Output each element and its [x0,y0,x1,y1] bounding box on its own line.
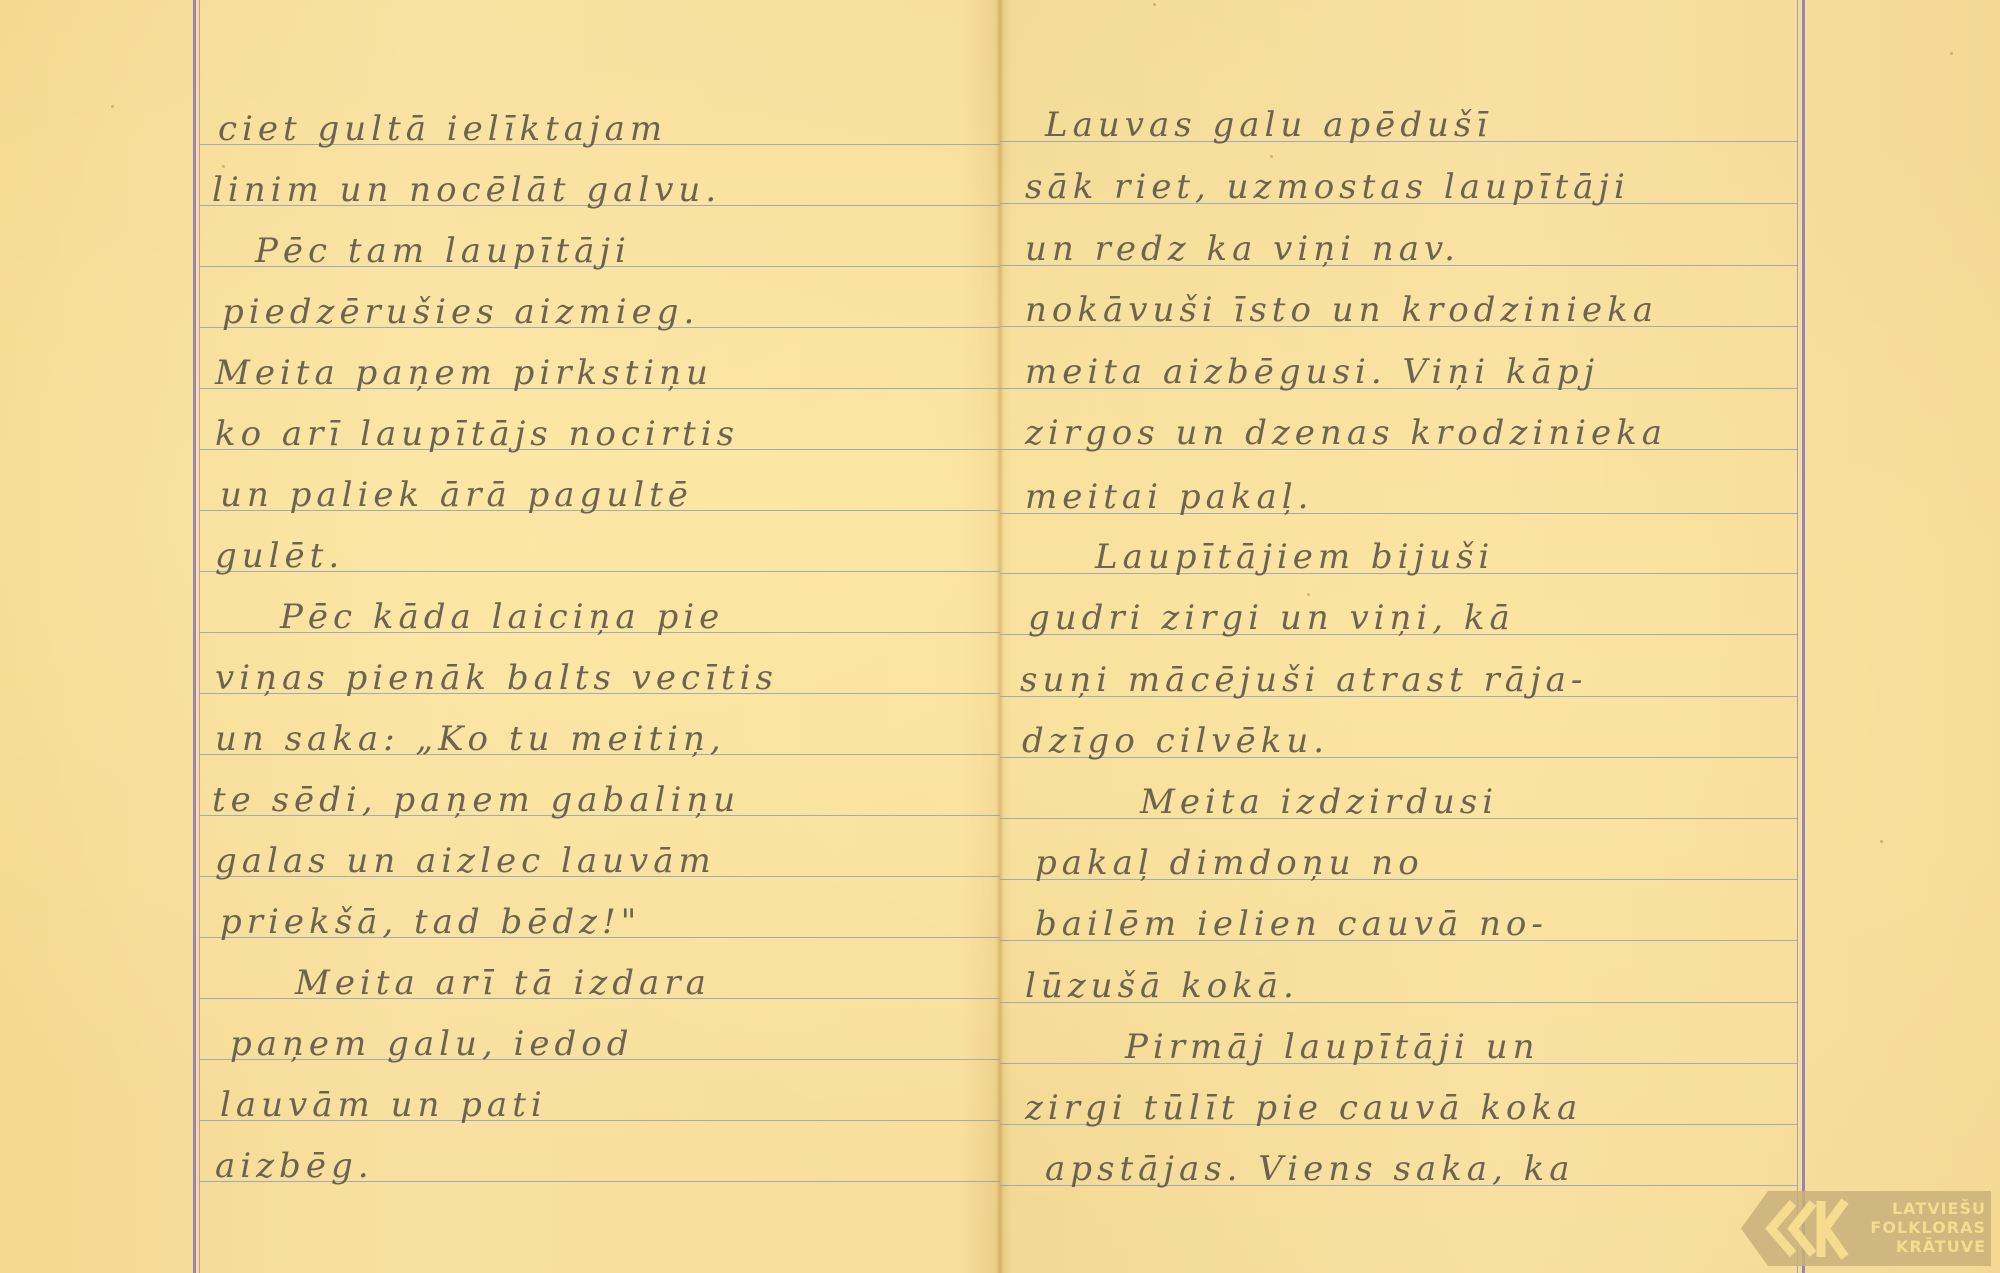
handwritten-line: meita aizbēgusi. Viņi kāpj [1025,355,1599,389]
right-margin-line-thin [1797,0,1798,1273]
logo-line: KRĀTUVE [1846,1237,1986,1256]
handwritten-line: un redz ka viņi nav. [1025,232,1460,266]
right-margin-line-thick [1802,0,1805,1273]
handwritten-line: te sēdi, paņem gabaliņu [212,783,740,817]
folklore-archive-logo: LATVIEŠU FOLKLORAS KRĀTUVE [1741,1191,1991,1266]
handwritten-line: Laupītājiem bijuši [1095,540,1494,574]
logo-line: LATVIEŠU [1846,1199,1986,1218]
handwritten-line: paņem galu, iedod [230,1027,634,1061]
handwritten-line: piedzērušies aizmieg. [222,295,699,329]
handwritten-line: Lauvas galu apēdušī [1045,108,1492,142]
handwritten-line: Pēc kāda laiciņa pie [280,600,724,634]
left-margin-line-thin [199,0,200,1273]
logo-line: FOLKLORAS [1846,1218,1986,1237]
handwritten-line: apstājas. Viens saka, ka [1045,1152,1574,1186]
handwritten-line: Meita paņem pirkstiņu [215,356,713,390]
handwritten-line: suņi mācējuši atrast rāja- [1020,663,1587,697]
handwritten-line: Meita izdzirdusi [1140,785,1498,819]
handwritten-line: sāk riet, uzmostas laupītāji [1025,170,1630,204]
handwritten-line: ciet gultā ielīktajam [218,112,667,146]
handwritten-line: lauvām un pati [220,1088,547,1122]
handwritten-line: Pēc tam laupītāji [255,234,631,268]
handwritten-line: bailēm ielien cauvā no- [1035,907,1548,941]
handwritten-line: gulēt. [215,539,344,573]
handwritten-line: Meita arī tā izdara [295,966,711,1000]
handwritten-line: aizbēg. [215,1149,374,1183]
handwritten-line: galas un aizlec lauvām [215,844,716,878]
left-margin-line-thick [193,0,196,1273]
handwritten-line: linim un nocēlāt galvu. [212,173,721,207]
left-page: ciet gultā ielīktajam linim un nocēlāt g… [0,0,1000,1273]
handwritten-line: zirgos un dzenas krodzinieka [1025,416,1667,450]
handwritten-line: zirgi tūlīt pie cauvā koka [1025,1091,1582,1125]
handwritten-line: pakaļ dimdoņu no [1035,846,1424,880]
handwritten-line: gudri zirgi un viņi, kā [1028,601,1515,635]
handwritten-line: priekšā, tad bēdz!" [220,905,641,939]
right-page: Lauvas galu apēdušī sāk riet, uzmostas l… [1000,0,2000,1273]
handwritten-line: un saka: „Ko tu meitiņ, [215,722,726,756]
logo-wordmark: LATVIEŠU FOLKLORAS KRĀTUVE [1846,1199,1986,1256]
handwritten-line: un paliek ārā pagultē [220,478,693,512]
handwritten-line: dzīgo cilvēku. [1022,724,1329,758]
handwritten-line: nokāvuši īsto un krodzinieka [1025,293,1658,327]
handwritten-line: ko arī laupītājs nocirtis [215,417,739,451]
handwritten-line: lūzušā kokā. [1025,969,1299,1003]
handwritten-line: Pirmāj laupītāji un [1125,1030,1540,1064]
handwritten-line: meitai pakaļ. [1025,480,1313,514]
handwritten-line: viņas pienāk balts vecītis [215,661,778,695]
